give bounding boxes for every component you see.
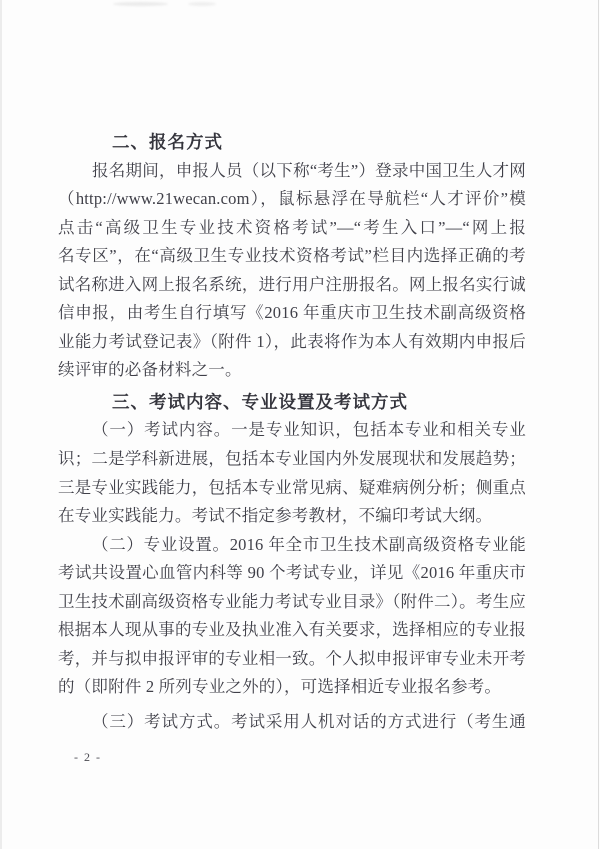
text-line: 根据本人现从事的专业及执业准入有关要求，选择相应的专业报 bbox=[58, 616, 526, 645]
text-line: 三是专业实践能力，包括本专业常见病、疑难病例分析；侧重点 bbox=[58, 474, 526, 503]
text-line: 信申报，由考生自行填写《2016 年重庆市卫生技术副高级资格专 bbox=[58, 299, 526, 328]
text-line: 考试共设置心血管内科等 90 个考试专业，详见《2016 年重庆市 bbox=[58, 559, 526, 588]
scan-edge-right bbox=[598, 0, 599, 849]
section-heading-3: 三、考试内容、专业设置及考试方式 bbox=[58, 388, 526, 417]
text-line: 考，并与拟申报评审的专业相一致。个人拟申报评审专业未开考 bbox=[58, 645, 526, 674]
text-line: 试名称进入网上报名系统，进行用户注册报名。网上报名实行诚 bbox=[58, 271, 526, 300]
page-number: - 2 - bbox=[74, 750, 102, 765]
document-body: 二、报名方式 报名期间，申报人员（以下称“考生”）登录中国卫生人才网 （http… bbox=[58, 128, 526, 736]
text-line: 点击“高级卫生专业技术资格考试”—“考生入口”—“网上报 bbox=[58, 214, 526, 243]
section-heading-2: 二、报名方式 bbox=[58, 128, 526, 157]
text-line: 识；二是学科新进展，包括本专业国内外发展现状和发展趋势； bbox=[58, 445, 526, 474]
text-line: 报名期间，申报人员（以下称“考生”）登录中国卫生人才网 bbox=[58, 157, 526, 186]
scan-edge-left bbox=[0, 0, 2, 849]
text-line: 业能力考试登记表》（附件 1），此表将作为本人有效期内申报后 bbox=[58, 328, 526, 357]
scanned-document-page: 二、报名方式 报名期间，申报人员（以下称“考生”）登录中国卫生人才网 （http… bbox=[0, 0, 600, 849]
text-line: 的（即附件 2 所列专业之外的），可选择相近专业报名参考。 bbox=[58, 673, 526, 702]
scan-smudge bbox=[113, 2, 168, 6]
text-line: 卫生技术副高级资格专业能力考试专业目录》（附件二）。考生应 bbox=[58, 588, 526, 617]
text-line: 在专业实践能力。考试不指定参考教材，不编印考试大纲。 bbox=[58, 502, 526, 531]
text-line: （二）专业设置。2016 年全市卫生技术副高级资格专业能力 bbox=[58, 531, 526, 560]
text-line: 名专区”，在“高级卫生专业技术资格考试”栏目内选择正确的考 bbox=[58, 242, 526, 271]
text-line: （一）考试内容。一是专业知识，包括本专业和相关专业知 bbox=[58, 416, 526, 445]
text-line: （三）考试方式。考试采用人机对话的方式进行（考生通过 bbox=[58, 708, 526, 737]
text-line: 续评审的必备材料之一。 bbox=[58, 356, 526, 385]
text-line: （http://www.21wecan.com），鼠标悬浮在导航栏“人才评价”模… bbox=[58, 185, 526, 214]
scan-smudge bbox=[188, 2, 216, 6]
